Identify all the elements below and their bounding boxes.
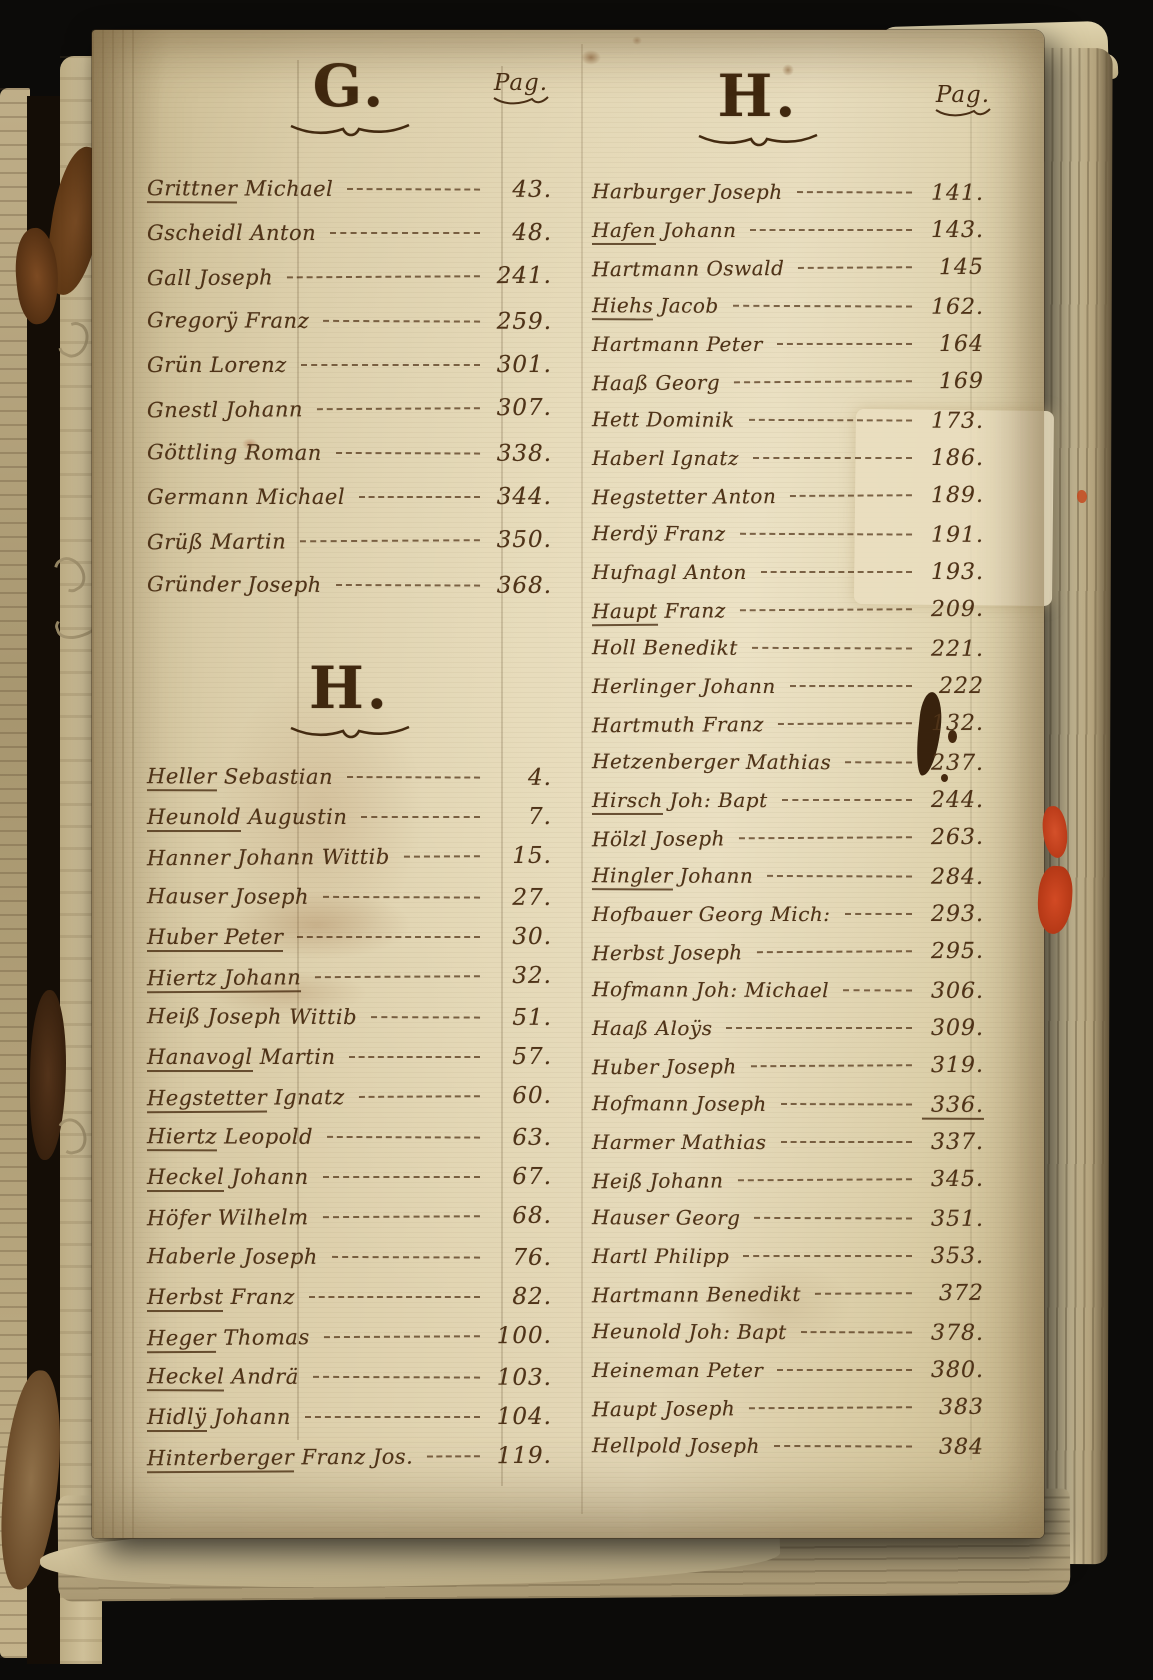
entry-given-name: Joseph: [228, 884, 310, 908]
dotted-leader: [313, 1376, 480, 1379]
index-entry-row: Haaß Aloÿs309.: [592, 1016, 984, 1054]
entry-surname: Haupt: [592, 1397, 658, 1421]
entry-name: Hauser Joseph: [147, 884, 309, 909]
dotted-leader: [323, 1215, 480, 1218]
index-entry-row: Herdÿ Franz191.: [592, 521, 984, 561]
dotted-leader: [743, 1255, 912, 1257]
entry-page-number: 141.: [922, 181, 984, 206]
page-crease: [581, 44, 583, 1514]
entry-name: Hingler Johann: [592, 863, 753, 888]
entry-surname: Hofmann: [592, 1091, 689, 1115]
index-entry-row: Hofbauer Georg Mich:293.: [592, 902, 984, 940]
entry-surname: Hegstetter: [147, 1086, 267, 1114]
entry-name: Gnestl Johann: [147, 397, 303, 422]
entry-name: Gregorÿ Franz: [147, 308, 309, 333]
entry-name: Heckel Johann: [147, 1165, 309, 1189]
entry-page-number: 4.: [490, 765, 552, 791]
entry-surname: Hofmann: [592, 977, 689, 1001]
entry-surname: Grüß: [147, 530, 204, 554]
entry-surname: Hiertz: [147, 1124, 217, 1151]
entry-name: Heineman Peter: [592, 1358, 763, 1382]
index-entry-row: Hafen Johann143.: [592, 218, 984, 256]
entry-name: Harburger Joseph: [592, 179, 783, 204]
entry-name: Hartmann Oswald: [592, 256, 785, 281]
dotted-leader: [323, 320, 480, 323]
dotted-leader: [767, 875, 912, 878]
index-entry-row: Hölzl Joseph263.: [592, 825, 984, 865]
entry-surname: Hinterberger: [147, 1445, 294, 1473]
index-entry-row: Gründer Joseph368.: [147, 571, 552, 617]
dotted-leader: [777, 343, 912, 345]
entry-given-name: Michael: [237, 177, 333, 201]
entry-page-number: 307.: [490, 395, 552, 421]
entry-surname: Hartmann: [592, 1283, 700, 1308]
entry-name: Hauser Georg: [592, 1205, 741, 1230]
entry-surname: Herbst: [147, 1285, 223, 1312]
entry-name: Hiertz Johann: [147, 965, 302, 993]
entry-given-name: Andrä: [224, 1364, 298, 1388]
entry-page-number: 68.: [490, 1203, 552, 1229]
entry-given-name: Johann: [224, 1165, 308, 1189]
entry-name: Göttling Roman: [147, 440, 322, 465]
entry-given-name: Joh: Michael: [689, 978, 829, 1003]
entry-page-number: 15.: [490, 843, 552, 869]
index-entry-row: Gscheidl Anton48.: [147, 220, 552, 264]
dotted-leader: [359, 1095, 480, 1098]
index-entry-row: Heiß Johann345.: [592, 1167, 984, 1207]
entry-page-number: 309.: [922, 1016, 984, 1041]
dotted-leader: [371, 1016, 480, 1018]
entry-page-number: 221.: [922, 637, 984, 662]
entry-page-number: 27.: [490, 885, 552, 911]
dotted-leader: [755, 1217, 913, 1220]
entry-surname: Haupt: [592, 599, 658, 626]
dotted-leader: [797, 191, 912, 194]
entry-surname: Hauser: [147, 884, 228, 908]
entry-name: Hartmuth Franz: [592, 712, 764, 737]
index-entry-row: Hauser Joseph27.: [147, 883, 552, 925]
entry-given-name: Benedikt: [700, 1282, 802, 1307]
entry-given-name: Johann Wittib: [230, 845, 390, 870]
entry-surname: Haberl: [592, 446, 665, 470]
index-entry-row: Hofmann Joseph336.: [592, 1091, 984, 1131]
index-entry-row: Heller Sebastian4.: [147, 763, 552, 805]
entry-given-name: Roman: [238, 441, 322, 465]
entry-name: Herdÿ Franz: [592, 521, 726, 546]
entry-page-number: 32.: [490, 963, 552, 989]
dotted-leader: [815, 1292, 912, 1295]
entry-name: Gründer Joseph: [147, 572, 322, 597]
entry-given-name: Johann: [656, 218, 736, 242]
entry-given-name: Joseph: [192, 265, 274, 289]
entry-given-name: Aloÿs: [649, 1016, 713, 1040]
manuscript-photo: Pag. G. Grittner Michael43.Gscheidl Anto…: [0, 0, 1153, 1680]
entry-name: Hafen Johann: [592, 218, 736, 242]
index-entry-row: Hanavogl Martin57.: [147, 1044, 552, 1084]
entry-given-name: Johann: [207, 1405, 291, 1429]
entry-surname: Göttling: [147, 440, 238, 464]
dotted-leader: [845, 913, 912, 915]
entry-page-number: 384: [922, 1435, 984, 1460]
dotted-leader: [315, 975, 480, 978]
index-entry-row: Hartl Philipp353.: [592, 1244, 984, 1282]
entry-given-name: Benedikt: [636, 635, 738, 659]
entry-page-number: 30.: [490, 924, 552, 950]
entry-page-number: 186.: [922, 446, 984, 471]
dotted-leader: [845, 761, 912, 763]
entry-page-number: 344.: [490, 484, 552, 510]
entry-given-name: Joh: Bapt: [682, 1320, 787, 1344]
entry-name: Hegstetter Ignatz: [147, 1085, 345, 1110]
entry-given-name: Joseph: [659, 1054, 737, 1078]
entry-name: Hofmann Joseph: [592, 1091, 767, 1116]
entry-name: Hufnagl Anton: [592, 560, 747, 584]
entry-page-number: 378.: [922, 1321, 984, 1346]
entry-page-number: 82.: [490, 1284, 552, 1310]
entry-surname: Heckel: [147, 1165, 224, 1192]
entry-page-number: 293.: [922, 902, 984, 927]
entry-name: Hiertz Leopold: [147, 1124, 313, 1149]
entry-page-number: 295.: [922, 939, 984, 964]
dotted-leader: [749, 419, 912, 422]
entry-given-name: Georg: [649, 370, 721, 394]
underline-flourish-icon: [693, 128, 823, 148]
index-column-left: Pag. G. Grittner Michael43.Gscheidl Anto…: [147, 30, 552, 1538]
dotted-leader: [740, 533, 912, 536]
entry-surname: Hauser: [592, 1205, 669, 1229]
entry-given-name: Sebastian: [217, 764, 334, 789]
entry-surname: Haaß: [592, 371, 649, 395]
dotted-leader: [317, 407, 480, 410]
entry-surname: Haberle: [147, 1244, 236, 1268]
dotted-leader: [790, 685, 912, 687]
entry-page-number: 164: [922, 332, 984, 357]
entry-name: Hegstetter Anton: [592, 484, 776, 509]
entry-given-name: Johann: [695, 674, 775, 698]
dotted-leader: [751, 1064, 912, 1067]
dotted-leader: [798, 266, 912, 269]
dotted-leader: [790, 494, 912, 497]
entry-surname: Holl: [592, 635, 636, 659]
entry-name: Heunold Joh: Bapt: [592, 1319, 787, 1344]
entry-surname: Harmer: [592, 1130, 674, 1154]
entry-surname: Germann: [147, 485, 249, 509]
entry-given-name: Joseph: [236, 1245, 318, 1269]
underline-flourish-icon: [285, 720, 415, 740]
entry-name: Hofmann Joh: Michael: [592, 977, 829, 1002]
index-entry-row: Hegstetter Anton189.: [592, 483, 984, 523]
entry-name: Hidlÿ Johann: [147, 1405, 291, 1429]
entry-given-name: Johann: [643, 1168, 724, 1192]
entry-name: Heller Sebastian: [147, 764, 333, 789]
entry-page-number: 67.: [490, 1164, 552, 1190]
entry-surname: Hett: [592, 407, 639, 431]
entry-surname: Harburger: [592, 179, 705, 203]
entry-surname: Gall: [147, 266, 192, 290]
entry-given-name: Michael: [249, 485, 345, 509]
entry-page-number: 351.: [922, 1207, 984, 1232]
dotted-leader: [301, 364, 480, 366]
entry-given-name: Martin: [253, 1045, 336, 1069]
entry-surname: Heller: [147, 764, 217, 791]
dotted-leader: [330, 232, 480, 234]
index-entry-row: Huber Peter30.: [147, 924, 552, 964]
entry-given-name: Joseph: [689, 1092, 767, 1116]
dotted-leader: [752, 647, 912, 650]
entry-given-name: Mathias: [739, 750, 831, 774]
entry-surname: Hartmuth: [592, 713, 696, 738]
entry-page-number: 76.: [490, 1245, 552, 1271]
entry-name: Holl Benedikt: [592, 635, 738, 660]
index-entry-row: Hartmann Oswald145: [592, 255, 984, 295]
entry-given-name: Jacob: [653, 293, 718, 317]
index-entry-row: Heger Thomas100.: [147, 1323, 552, 1365]
entry-page-number: 162.: [922, 295, 984, 320]
index-entry-row: Hartmuth Franz132.: [592, 711, 984, 751]
dotted-leader: [782, 799, 912, 801]
index-entry-row: Hiehs Jacob162.: [592, 293, 984, 333]
entry-page-number: 338.: [490, 441, 552, 467]
entry-page-number: 119.: [490, 1443, 552, 1469]
entry-surname: Haaß: [592, 1016, 649, 1040]
entry-given-name: Mathias: [674, 1130, 766, 1154]
entry-surname: Herlinger: [592, 674, 695, 698]
entry-given-name: Joseph: [657, 1396, 735, 1420]
entry-surname: Hartmann: [592, 332, 700, 356]
entry-surname: Gregorÿ: [147, 308, 238, 332]
entry-name: Heunold Augustin: [147, 805, 347, 829]
entry-surname: Hiehs: [592, 293, 653, 320]
entry-page-number: 43.: [490, 177, 552, 203]
entry-given-name: Joseph: [705, 180, 783, 204]
entry-page-number: 63.: [490, 1125, 552, 1151]
entry-given-name: Franz: [223, 1285, 294, 1309]
entry-given-name: Anton: [243, 221, 316, 245]
index-entry-row: Hofmann Joh: Michael306.: [592, 977, 984, 1017]
index-entry-row: Hauser Georg351.: [592, 1205, 984, 1245]
dotted-leader: [726, 1027, 912, 1029]
index-entry-row: Heunold Augustin7.: [147, 804, 552, 844]
entry-name: Grittner Michael: [147, 176, 333, 201]
entry-name: Haaß Aloÿs: [592, 1016, 712, 1040]
index-entry-row: Huber Joseph319.: [592, 1053, 984, 1093]
entry-name: Haberle Joseph: [147, 1244, 318, 1269]
entry-surname: Hiertz: [147, 966, 217, 990]
entry-page-number: 306.: [922, 979, 984, 1004]
entry-page-number: 145: [922, 255, 984, 280]
index-entry-row: Gnestl Johann307.: [147, 395, 552, 441]
entry-page-number: 51.: [490, 1005, 552, 1031]
index-entry-row: Haupt Franz209.: [592, 597, 984, 637]
index-entry-row: Göttling Roman338.: [147, 439, 552, 485]
entry-page-number: 132.: [922, 711, 984, 736]
entry-given-name: Johann: [219, 397, 303, 422]
index-entry-row: Haaß Georg169: [592, 369, 984, 409]
entry-page-number: 241.: [490, 263, 552, 289]
entry-name: Haupt Joseph: [592, 1396, 735, 1421]
index-entry-row: Hanner Johann Wittib15.: [147, 843, 552, 885]
entry-page-number: 336.: [922, 1093, 984, 1120]
dotted-leader: [737, 1178, 911, 1181]
entry-given-name: Joseph: [240, 573, 322, 597]
entry-surname: Hafen: [592, 218, 656, 245]
index-entry-row: Haberle Joseph76.: [147, 1243, 552, 1285]
entry-name: Hett Dominik: [592, 407, 735, 432]
entry-name: Herbst Franz: [147, 1285, 295, 1309]
dotted-leader: [781, 1141, 912, 1143]
index-entry-row: Grüß Martin350.: [147, 527, 552, 573]
entry-surname: Hetzenberger: [592, 749, 739, 774]
dotted-leader: [323, 896, 480, 899]
entry-name: Heger Thomas: [147, 1325, 310, 1350]
dotted-leader: [404, 855, 480, 857]
entry-name: Harmer Mathias: [592, 1130, 767, 1154]
index-entry-row: Hellpold Joseph384: [592, 1433, 984, 1473]
dotted-leader: [327, 1136, 480, 1139]
entry-page-number: 209.: [922, 597, 984, 622]
index-entry-row: Gregorÿ Franz259.: [147, 307, 552, 353]
dotted-leader: [740, 608, 912, 611]
entry-page-number: 259.: [490, 309, 552, 335]
entry-name: Hirsch Joh: Bapt: [592, 788, 768, 812]
entry-surname: Heger: [147, 1326, 216, 1353]
entry-given-name: Georg: [669, 1205, 741, 1229]
index-entry-row: Hinterberger Franz Jos.119.: [147, 1443, 552, 1485]
dotted-leader: [843, 989, 912, 991]
dotted-leader: [336, 584, 480, 587]
entry-name: Hölzl Joseph: [592, 826, 725, 851]
entry-given-name: Anton: [677, 560, 747, 584]
entry-page-number: 383: [922, 1395, 984, 1420]
entry-given-name: Joseph: [665, 940, 743, 964]
entry-given-name: Peter: [700, 1358, 763, 1382]
index-entry-row: Haupt Joseph383: [592, 1395, 984, 1435]
entry-given-name: Wilhelm: [211, 1205, 309, 1230]
entry-given-name: Ignatz: [267, 1085, 345, 1109]
entry-name: Herlinger Johann: [592, 674, 776, 698]
entry-surname: Höfer: [147, 1206, 211, 1230]
entry-page-number: 345.: [922, 1167, 984, 1192]
dotted-leader: [777, 1369, 912, 1371]
entry-name: Hanner Johann Wittib: [147, 845, 390, 870]
index-column-right: Pag. H. Harburger Joseph141.Hafen Johann…: [592, 30, 984, 1538]
entry-name: Heiß Joseph Wittib: [147, 1004, 357, 1029]
entry-surname: Heunold: [147, 805, 241, 832]
entry-name: Gscheidl Anton: [147, 221, 316, 245]
entry-surname: Heiß: [147, 1004, 201, 1028]
index-entry-row: Heckel Johann67.: [147, 1164, 552, 1204]
entry-given-name: Dominik: [639, 407, 734, 431]
entry-surname: Hanavogl: [147, 1045, 253, 1072]
entry-given-name: Franz Jos.: [294, 1445, 413, 1470]
entry-given-name: Joseph: [647, 826, 725, 850]
dotted-leader: [749, 1406, 912, 1409]
entry-page-number: 193.: [922, 560, 984, 585]
entry-page-number: 143.: [922, 218, 984, 243]
index-entry-row: Hartmann Peter164: [592, 332, 984, 370]
dotted-leader: [349, 1056, 480, 1058]
dotted-leader: [332, 1256, 480, 1259]
dotted-leader: [324, 1335, 480, 1338]
entry-page-number: 7.: [490, 804, 552, 830]
entry-surname: Grün: [147, 353, 203, 377]
dotted-leader: [361, 816, 480, 818]
dotted-leader: [305, 1416, 480, 1418]
index-entry-row: Grün Lorenz301.: [147, 352, 552, 396]
entry-given-name: Thomas: [216, 1325, 310, 1350]
index-entry-row: Hidlÿ Johann104.: [147, 1404, 552, 1444]
entry-page-number: 350.: [490, 527, 552, 553]
entry-given-name: Philipp: [648, 1244, 730, 1268]
entry-page-number: 189.: [922, 483, 984, 508]
entry-given-name: Joh: Bapt: [663, 788, 768, 812]
entry-given-name: Lorenz: [203, 353, 287, 377]
index-entry-row: Haberl Ignatz186.: [592, 446, 984, 484]
entry-surname: Heiß: [592, 1169, 643, 1193]
entry-given-name: Ignatz: [665, 446, 739, 470]
dotted-leader: [297, 936, 480, 938]
dotted-leader: [427, 1455, 480, 1457]
entry-surname: Huber: [147, 925, 217, 949]
section-letter: H.: [562, 66, 954, 126]
index-entry-row: Herlinger Johann222: [592, 674, 984, 712]
entry-surname: Huber: [592, 1055, 659, 1079]
entry-page-number: 237.: [922, 751, 984, 776]
entry-surname: Hegstetter: [592, 484, 707, 509]
index-entry-row: Hegstetter Ignatz60.: [147, 1083, 552, 1125]
entry-given-name: Joseph: [682, 1434, 760, 1458]
index-entry-row: Heunold Joh: Bapt378.: [592, 1319, 984, 1359]
entry-page-number: 319.: [922, 1053, 984, 1078]
entry-name: Höfer Wilhelm: [147, 1205, 309, 1230]
entry-name: Huber Peter: [147, 925, 283, 952]
section-letter: H.: [147, 658, 552, 718]
dotted-leader: [761, 571, 912, 573]
dotted-leader: [733, 305, 912, 308]
index-entry-row: Herbst Joseph295.: [592, 939, 984, 979]
entry-page-number: 368.: [490, 573, 552, 599]
entry-name: Huber Joseph: [592, 1054, 737, 1079]
entry-name: Haaß Georg: [592, 370, 720, 395]
book-page: Pag. G. Grittner Michael43.Gscheidl Anto…: [92, 30, 1044, 1538]
entry-name: Hanavogl Martin: [147, 1045, 335, 1069]
index-entry-row: Hingler Johann284.: [592, 863, 984, 903]
index-entry-row: Heckel Andrä103.: [147, 1363, 552, 1405]
index-entry-row: Germann Michael344.: [147, 484, 552, 528]
entry-page-number: 244.: [922, 788, 984, 813]
index-entry-row: Hufnagl Anton193.: [592, 560, 984, 598]
index-entry-row: Höfer Wilhelm68.: [147, 1203, 552, 1245]
pag-label: Pag.: [494, 70, 548, 96]
entry-given-name: Martin: [203, 529, 286, 554]
dotted-leader: [287, 275, 480, 278]
entry-name: Hellpold Joseph: [592, 1433, 760, 1458]
index-entry-row: Heiß Joseph Wittib51.: [147, 1003, 552, 1045]
index-entry-row: Gall Joseph241.: [147, 263, 552, 309]
entry-given-name: Johann: [673, 863, 754, 887]
section-header-h-left: H.: [147, 658, 552, 754]
entry-surname: Hofbauer: [592, 902, 692, 926]
entry-name: Hiehs Jacob: [592, 293, 719, 318]
entries-h-left: Heller Sebastian4.Heunold Augustin7.Hann…: [147, 764, 552, 1484]
entry-surname: Gründer: [147, 572, 240, 596]
entry-surname: Hartl: [592, 1244, 648, 1268]
entry-given-name: Franz: [657, 521, 725, 545]
entry-page-number: 380.: [922, 1358, 984, 1383]
entry-surname: Herbst: [592, 941, 665, 965]
entry-page-number: 284.: [922, 865, 984, 890]
entry-name: Grün Lorenz: [147, 353, 287, 377]
